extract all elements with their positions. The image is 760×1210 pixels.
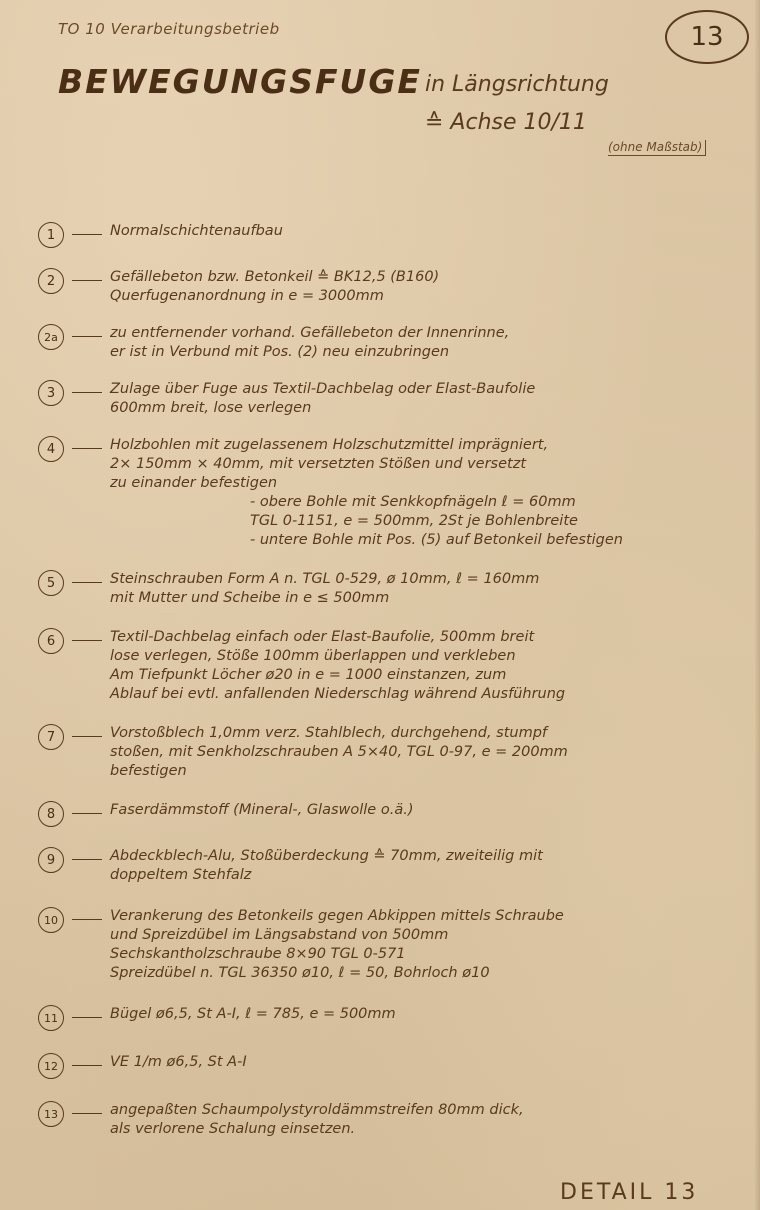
text-line: doppeltem Stehfalz [110, 866, 758, 885]
leader-line [72, 640, 102, 641]
leader-line [72, 448, 102, 449]
text-line: und Spreizdübel im Längsabstand von 500m… [110, 926, 758, 945]
position-text: zu entfernender vorhand. Gefällebeton de… [110, 324, 758, 362]
text-line: angepaßten Schaumpolystyroldämmstreifen … [110, 1101, 758, 1120]
position-text: VE 1/m ø6,5, St A-I [110, 1053, 758, 1072]
leader-line [72, 1017, 102, 1018]
text-line: zu entfernender vorhand. Gefällebeton de… [110, 324, 758, 343]
position-number: 3 [38, 380, 64, 406]
text-line: Sechskantholzschraube 8×90 TGL 0-571 [110, 945, 758, 964]
project-subtitle: TO 10 Verarbeitungsbetrieb [58, 20, 280, 38]
text-line: Querfugenanordnung in e = 3000mm [110, 287, 758, 306]
text-line: 600mm breit, lose verlegen [110, 399, 758, 418]
text-line: Spreizdübel n. TGL 36350 ø10, ℓ = 50, Bo… [110, 964, 758, 983]
position-number: 6 [38, 628, 64, 654]
position-number: 5 [38, 570, 64, 596]
title-suffix: in Längsrichtung [425, 72, 609, 97]
text-line: Vorstoßblech 1,0mm verz. Stahlblech, dur… [110, 724, 758, 743]
text-line: befestigen [110, 762, 758, 781]
leader-line [72, 280, 102, 281]
position-text: Abdeckblech-Alu, Stoßüberdeckung ≙ 70mm,… [110, 847, 758, 885]
page-number: 13 [690, 22, 723, 52]
leader-line [72, 1065, 102, 1066]
sub-text-line: - untere Bohle mit Pos. (5) auf Betonkei… [110, 531, 758, 550]
position-number: 10 [38, 907, 64, 933]
document-sheet: TO 10 Verarbeitungsbetrieb 13 BEWEGUNGSF… [0, 0, 760, 1210]
position-item: 9 Abdeckblech-Alu, Stoßüberdeckung ≙ 70m… [38, 847, 758, 885]
text-line: als verlorene Schalung einsetzen. [110, 1120, 758, 1139]
leader-line [72, 1113, 102, 1114]
text-line: Normalschichtenaufbau [110, 222, 758, 241]
sub-text-line: - obere Bohle mit Senkkopfnägeln ℓ = 60m… [110, 493, 758, 512]
position-text: Faserdämmstoff (Mineral-, Glaswolle o.ä.… [110, 801, 758, 820]
position-number: 7 [38, 724, 64, 750]
text-line: Faserdämmstoff (Mineral-, Glaswolle o.ä.… [110, 801, 758, 820]
position-number: 11 [38, 1005, 64, 1031]
position-number: 13 [38, 1101, 64, 1127]
page-title: BEWEGUNGSFUGE [58, 62, 422, 101]
position-item: 10 Verankerung des Betonkeils gegen Abki… [38, 907, 758, 983]
position-number: 4 [38, 436, 64, 462]
leader-line [72, 582, 102, 583]
position-item: 13 angepaßten Schaumpolystyroldämmstreif… [38, 1101, 758, 1139]
text-line: Steinschrauben Form A n. TGL 0-529, ø 10… [110, 570, 758, 589]
position-item: 5 Steinschrauben Form A n. TGL 0-529, ø … [38, 570, 758, 608]
position-text: angepaßten Schaumpolystyroldämmstreifen … [110, 1101, 758, 1139]
position-text: Gefällebeton bzw. Betonkeil ≙ BK12,5 (B1… [110, 268, 758, 306]
position-text: Verankerung des Betonkeils gegen Abkippe… [110, 907, 758, 983]
position-item: 8 Faserdämmstoff (Mineral-, Glaswolle o.… [38, 801, 758, 827]
leader-line [72, 919, 102, 920]
text-line: Holzbohlen mit zugelassenem Holzschutzmi… [110, 436, 758, 455]
position-item: 4 Holzbohlen mit zugelassenem Holzschutz… [38, 436, 758, 550]
position-text: Zulage über Fuge aus Textil-Dachbelag od… [110, 380, 758, 418]
text-line: lose verlegen, Stöße 100mm überlappen un… [110, 647, 758, 666]
sub-text-line: TGL 0-1151, e = 500mm, 2St je Bohlenbrei… [110, 512, 758, 531]
text-line: stoßen, mit Senkholzschrauben A 5×40, TG… [110, 743, 758, 762]
position-number: 8 [38, 801, 64, 827]
text-line: Bügel ø6,5, St A-I, ℓ = 785, e = 500mm [110, 1005, 758, 1024]
position-text: Textil-Dachbelag einfach oder Elast-Bauf… [110, 628, 758, 704]
position-item: 7 Vorstoßblech 1,0mm verz. Stahlblech, d… [38, 724, 758, 781]
detail-label: DETAIL 13 [560, 1180, 698, 1205]
leader-line [72, 336, 102, 337]
position-text: Vorstoßblech 1,0mm verz. Stahlblech, dur… [110, 724, 758, 781]
text-line: Zulage über Fuge aus Textil-Dachbelag od… [110, 380, 758, 399]
axis-reference: ≙ Achse 10/11 [425, 110, 587, 135]
text-line: Ablauf bei evtl. anfallenden Niederschla… [110, 685, 758, 704]
text-line: 2× 150mm × 40mm, mit versetzten Stößen u… [110, 455, 758, 474]
position-text: Bügel ø6,5, St A-I, ℓ = 785, e = 500mm [110, 1005, 758, 1024]
position-number: 1 [38, 222, 64, 248]
position-text: Steinschrauben Form A n. TGL 0-529, ø 10… [110, 570, 758, 608]
position-number: 9 [38, 847, 64, 873]
position-item: 11 Bügel ø6,5, St A-I, ℓ = 785, e = 500m… [38, 1005, 758, 1031]
leader-line [72, 813, 102, 814]
text-line: Abdeckblech-Alu, Stoßüberdeckung ≙ 70mm,… [110, 847, 758, 866]
text-line: Verankerung des Betonkeils gegen Abkippe… [110, 907, 758, 926]
text-line: zu einander befestigen [110, 474, 758, 493]
leader-line [72, 234, 102, 235]
text-line: mit Mutter und Scheibe in e ≤ 500mm [110, 589, 758, 608]
position-number: 2 [38, 268, 64, 294]
text-line: er ist in Verbund mit Pos. (2) neu einzu… [110, 343, 758, 362]
scale-note: (ohne Maßstab) [608, 140, 706, 156]
text-line: Am Tiefpunkt Löcher ø20 in e = 1000 eins… [110, 666, 758, 685]
position-item: 6 Textil-Dachbelag einfach oder Elast-Ba… [38, 628, 758, 704]
position-item: 2 Gefällebeton bzw. Betonkeil ≙ BK12,5 (… [38, 268, 758, 306]
position-item: 3 Zulage über Fuge aus Textil-Dachbelag … [38, 380, 758, 418]
position-item: 12 VE 1/m ø6,5, St A-I [38, 1053, 758, 1079]
position-text: Holzbohlen mit zugelassenem Holzschutzmi… [110, 436, 758, 550]
leader-line [72, 392, 102, 393]
leader-line [72, 859, 102, 860]
page-number-badge: 13 [665, 10, 749, 64]
position-list: 1 Normalschichtenaufbau 2 Gefällebeton b… [38, 222, 758, 1155]
text-line: Gefällebeton bzw. Betonkeil ≙ BK12,5 (B1… [110, 268, 758, 287]
text-line: VE 1/m ø6,5, St A-I [110, 1053, 758, 1072]
text-line: Textil-Dachbelag einfach oder Elast-Bauf… [110, 628, 758, 647]
position-text: Normalschichtenaufbau [110, 222, 758, 241]
position-item: 1 Normalschichtenaufbau [38, 222, 758, 248]
position-number: 2a [38, 324, 64, 350]
position-item: 2a zu entfernender vorhand. Gefällebeton… [38, 324, 758, 362]
position-number: 12 [38, 1053, 64, 1079]
leader-line [72, 736, 102, 737]
